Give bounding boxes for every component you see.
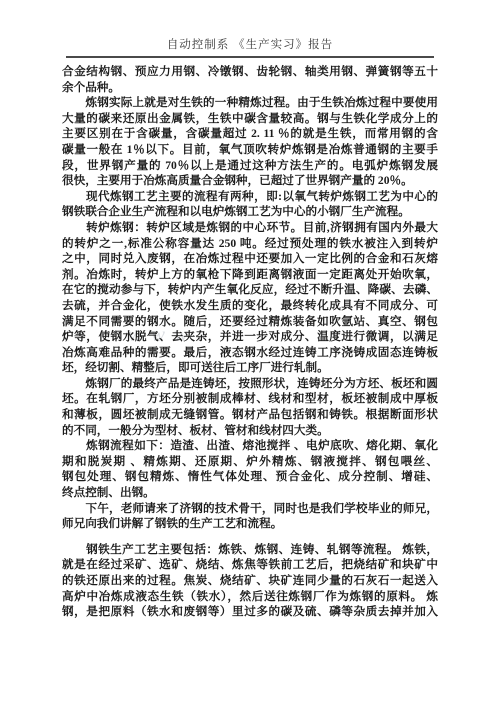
text-line: 高炉中冶炼成液态生铁（铁水），然后送往炼钢厂作为炼钢的原料。 炼 (62, 589, 438, 605)
text-line: 炉等，使钢水脱气、去夹杂，并进一步对成分、温度进行微调，以满足 (62, 329, 438, 345)
text-line: 师兄向我们讲解了钢铁的生产工艺和流程。 (62, 516, 438, 532)
text-line: 炼钢实际上就是对生铁的一种精炼过程。由于生铁冶炼过程中要使用 (62, 95, 438, 111)
text-line: 很快，主要用于冶炼高质量合金钢种，已超过了世界钢产量的 20％。 (62, 173, 438, 189)
header-divider (66, 56, 434, 58)
text-line: 冶炼高难品种的需要。最后，液态钢水经过连铸工序浇铸成固态连铸板 (62, 345, 438, 361)
text-line: 下午，老师请来了济钢的技术骨干，同时也是我们学校毕业的师兄， (62, 501, 438, 517)
document-page: 自动控制系 《生产实习》报告 www 合金结构钢、预应力用钢、冷镦钢、齿轮钢、轴… (0, 0, 500, 706)
text-line: 的转炉之一,标准公称容量达 250 吨。经过预处理的铁水被注入到转炉 (62, 236, 438, 252)
text-line: 炼钢流程如下：造渣、出渣、熔池搅拌 、电炉底吹、熔化期、氧化 (62, 438, 438, 454)
text-line: 大量的碳来还原出金属铁，生铁中碳含量较高。钢与生铁化学成分上的 (62, 111, 438, 127)
document-body: 合金结构钢、预应力用钢、冷镦钢、齿轮钢、轴类用钢、弹簧钢等五十余个品种。 炼钢实… (62, 64, 438, 620)
page-header: 自动控制系 《生产实习》报告 (0, 36, 500, 58)
text-line: 碳量一般在 1％以下。目前，氧气顶吹转炉炼钢是冶炼普通钢的主要手 (62, 142, 438, 158)
text-line: 的不同，一般分为型材、板材、管材和线材四大类。 (62, 423, 438, 439)
text-line: 段，世界钢产量的 70％以上是通过这种方法生产的。电弧炉炼钢发展 (62, 158, 438, 174)
text-line: 之中，同时兑入废钢，在冶炼过程中还要加入一定比例的合金和石灰熔 (62, 251, 438, 267)
text-line: 坯，经切割、精整后，即可送往后工序厂进行轧制。 (62, 360, 438, 376)
text-line: 转炉炼钢：转炉区域是炼钢的中心环节。目前,济钢拥有国内外最大 (62, 220, 438, 236)
text-line: 主要区别在于含碳量，含碳量超过 2. 11 ％的就是生铁，而常用钢的含 (62, 126, 438, 142)
text-line: 钢包处理、钢包精炼、惰性气体处理、预合金化、成分控制、增硅、 (62, 469, 438, 485)
text-line: 满足不同需要的钢水。随后，还要经过精炼装备如吹氩站、真空、钢包 (62, 314, 438, 330)
paragraph-gap (62, 532, 438, 542)
text-line: 的铁还原出来的过程。焦炭、烧结矿、块矿连同少量的石灰石一起送入 (62, 573, 438, 589)
text-line: 坯。在轧钢厂，方坯分别被制成棒材、线材和型材，板坯被制成中厚板 (62, 391, 438, 407)
text-line: 就是在经过采矿、选矿、烧结、炼焦等铁前工艺后，把烧结矿和块矿中 (62, 557, 438, 573)
text-line: 去硫，并合金化，使铁水发生质的变化，最终转化成具有不同成分、可 (62, 298, 438, 314)
text-line: 钢铁生产工艺主要包括：炼铁、炼钢、连铸、轧钢等流程。 炼铁， (62, 542, 438, 558)
text-line: 炼钢厂的最终产品是连铸坯，按照形状，连铸坯分为方坯、板坯和圆 (62, 376, 438, 392)
text-line: 钢，是把原料（铁水和废钢等）里过多的碳及硫、磷等杂质去掉并加入 (62, 604, 438, 620)
text-line: 期和脱炭期 、精炼期、还原期、炉外精炼、钢液搅拌、钢包喂丝、 (62, 454, 438, 470)
text-line: 钢铁联合企业生产流程和以电炉炼钢工艺为中心的小钢厂生产流程。 (62, 204, 438, 220)
text-line: 和薄板，圆坯被制成无缝钢管。钢材产品包括钢和铸铁。根据断面形状 (62, 407, 438, 423)
text-line: 在它的搅动参与下，转炉内产生氧化反应，经过不断升温、降碳、去磷、 (62, 282, 438, 298)
text-line: 现代炼钢工艺主要的流程有两种，即:以氧气转炉炼钢工艺为中心的 (62, 189, 438, 205)
text-line: 余个品种。 (62, 80, 438, 96)
text-line: 终点控制、出钢。 (62, 485, 438, 501)
header-title: 自动控制系 《生产实习》报告 (0, 36, 500, 52)
text-line: 剂。冶炼时，转炉上方的氧枪下降到距离钢液面一定距离处开始吹氧， (62, 267, 438, 283)
text-line: 合金结构钢、预应力用钢、冷镦钢、齿轮钢、轴类用钢、弹簧钢等五十 (62, 64, 438, 80)
